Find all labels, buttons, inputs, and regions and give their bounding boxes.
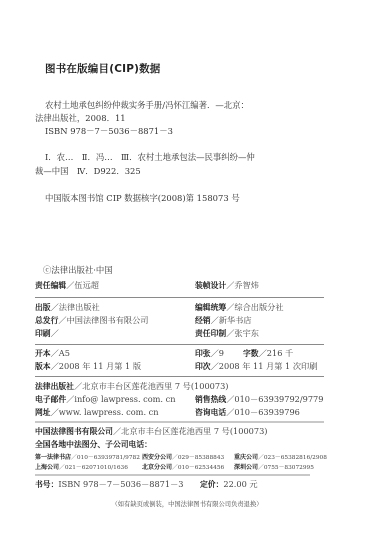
branch-item: 重庆公司／023－65382816/2908 bbox=[234, 452, 327, 461]
design-value: 乔智炜 bbox=[234, 280, 259, 290]
cip-line-6: 中国版本图书馆 CIP 数据核字(2008)第 158073 号 bbox=[45, 192, 240, 204]
branch-item: 第一法律书店／010－63939781/9782 bbox=[35, 452, 140, 461]
branch-item: 深圳公司／0755－83072995 bbox=[234, 462, 314, 471]
printing-field: 印次／2008 年 11 月第 1 次印刷 bbox=[195, 361, 317, 372]
website-field: 网址／www. lawpress. com. cn bbox=[35, 407, 159, 418]
editor-value: 伍远超 bbox=[74, 280, 99, 290]
hotline-field: 销售热线／010－63939792/9779 bbox=[195, 394, 323, 405]
company-address-field: 中国法律图书有限公司／北京市丰台区莲花池西里 7 号(100073) bbox=[35, 426, 267, 437]
cip-line-3: ISBN 978－7－5036－8871－3 bbox=[45, 125, 173, 137]
divider bbox=[35, 421, 324, 423]
format-field: 开本／A5 bbox=[35, 348, 70, 359]
edition-field: 版本／2008 年 11 月第 1 版 bbox=[35, 361, 141, 372]
distributor-field: 总发行／中国法律图书有限公司 bbox=[35, 315, 148, 326]
editor-field: 责任编辑／伍远超 bbox=[35, 280, 99, 291]
design-label: 装帧设计 bbox=[195, 281, 226, 290]
copyright-line: ⓒ法律出版社·中国 bbox=[43, 264, 113, 276]
cip-title: 图书在版编目(CIP)数据 bbox=[45, 61, 161, 76]
sheets-field: 印张／9 bbox=[195, 348, 224, 359]
cip-line-4: Ⅰ．农… Ⅱ．冯… Ⅲ．农村土地承包法—民事纠纷—仲 bbox=[45, 151, 255, 163]
branch-item: 西安分公司／029－85388843 bbox=[142, 452, 224, 461]
printer-field: 印刷／ bbox=[35, 328, 59, 339]
print-resp-field: 责任印制／张宇东 bbox=[195, 328, 259, 339]
cip-line-1: 农村土地承包纠纷仲裁实务手册/冯怀江编著．—北京： bbox=[45, 99, 249, 111]
branch-item: 北京分公司／010－62534456 bbox=[142, 462, 224, 471]
planning-field: 编辑统筹／综合出版分社 bbox=[195, 302, 284, 313]
press-address-field: 法律出版社／北京市丰台区莲花池西里 7 号(100073) bbox=[35, 381, 229, 392]
publisher-field: 出版／法律出版社 bbox=[35, 302, 100, 313]
divider bbox=[35, 297, 324, 298]
cip-line-5: 裁—中国 Ⅳ．D922．325 bbox=[35, 165, 141, 177]
price-field: 定价：22.00 元 bbox=[200, 479, 258, 490]
branches-heading: 全国各地中法图分、子公司电话： bbox=[35, 439, 152, 450]
return-note: （如有缺页或倒装，中国法律图书有限公司负责退换） bbox=[0, 499, 374, 508]
cip-line-2: 法律出版社，2008．11 bbox=[35, 112, 126, 124]
divider bbox=[35, 474, 310, 476]
branch-item: 上海公司／021－62071010/1636 bbox=[35, 462, 128, 471]
isbn-field: 书号：ISBN 978－7－5036－8871－3 bbox=[35, 479, 184, 490]
inquiry-field: 咨询电话／010－63939796 bbox=[195, 407, 300, 418]
editor-label: 责任编辑 bbox=[35, 281, 66, 290]
divider bbox=[35, 344, 324, 345]
email-field: 电子邮件／info@ lawpress. com. cn bbox=[35, 394, 176, 405]
seller-field: 经销／新华书店 bbox=[195, 315, 252, 326]
words-field: 字数／216 千 bbox=[243, 348, 293, 359]
divider bbox=[35, 376, 324, 377]
design-field: 装帧设计／乔智炜 bbox=[195, 280, 259, 291]
